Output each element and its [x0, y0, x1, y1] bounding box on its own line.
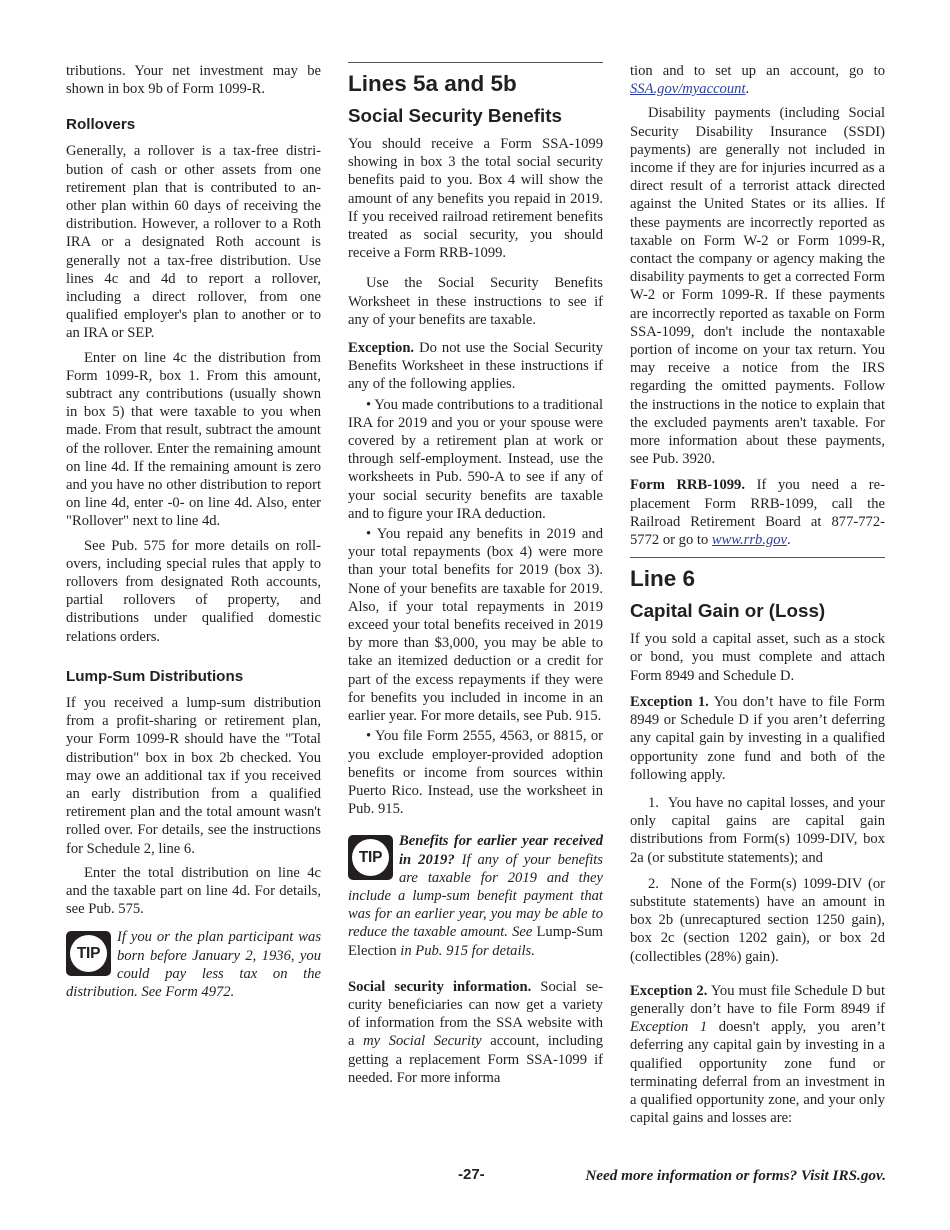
column-2: Lines 5a and 5b Social Security Benefits…: [348, 62, 603, 1093]
bullet-item: • You repaid any benefits in 2019 and yo…: [348, 525, 603, 725]
link-rrb-gov[interactable]: www.rrb.gov: [712, 532, 787, 548]
exception-1-item-1: 1. You have no capital losses, and your …: [630, 794, 885, 867]
paragraph-continuation: tributions. Your net investment may be s…: [66, 62, 321, 98]
exception-label: Exception.: [348, 340, 414, 356]
paragraph-disability: Disability payments (including Social Se…: [630, 104, 885, 468]
bullet-icon: •: [366, 526, 371, 542]
paragraph-exception: Exception. Do not use the Social Se­curi…: [348, 339, 603, 394]
paragraph-form-rrb: Form RRB-1099. If you need a re­placemen…: [630, 476, 885, 549]
paragraph-ss-1: You should receive a Form SSA-1099 showi…: [348, 135, 603, 262]
paragraph-ss-information: Social security information. Social se­c…: [348, 978, 603, 1087]
paragraph-line6-1: If you sold a capital asset, such as a s…: [630, 630, 885, 685]
footer-note: Need more information or forms? Visit IR…: [585, 1167, 886, 1185]
link-ssa-myaccount[interactable]: SSA.gov/myaccount: [630, 81, 746, 97]
tip-icon: TIP: [348, 835, 393, 880]
rrb-label: Form RRB-1099.: [630, 477, 745, 493]
page-number: -27-: [458, 1166, 485, 1183]
heading-rollovers: Rollovers: [66, 116, 321, 134]
exception-2-label: Exception 2.: [630, 983, 707, 999]
paragraph-lump-sum-2: Enter the total distribution on line 4c …: [66, 864, 321, 919]
paragraph-ss-2: Use the Social Security Benefits Workshe…: [348, 274, 603, 329]
section-title-line-6: Line 6: [630, 566, 885, 592]
paragraph-rollovers-1: Generally, a rollover is a tax-free dist…: [66, 142, 321, 342]
tip-box-lump-sum: TIP If you or the plan participant was b…: [66, 928, 321, 1001]
column-1: tributions. Your net investment may be s…: [66, 62, 321, 1007]
bullet-item: • You made contributions to a tradi­tion…: [348, 396, 603, 523]
exception-1-label: Exception 1.: [630, 694, 709, 710]
ss-info-label: Social security information.: [348, 979, 531, 995]
paragraph-rollovers-2: Enter on line 4c the distribution from F…: [66, 349, 321, 531]
section-divider: [630, 557, 885, 558]
paragraph-rollovers-3: See Pub. 575 for more details on roll­ov…: [66, 537, 321, 646]
section-subtitle-capital-gain: Capital Gain or (Loss): [630, 600, 885, 622]
exception-1-item-2: 2. None of the Form(s) 1099-DIV (or subs…: [630, 875, 885, 966]
section-title-lines-5a-5b: Lines 5a and 5b: [348, 71, 603, 97]
bullet-icon: •: [366, 397, 371, 413]
paragraph-lump-sum-1: If you received a lump-sum distribution …: [66, 694, 321, 858]
tip-icon: TIP: [66, 931, 111, 976]
heading-lump-sum: Lump-Sum Distributions: [66, 668, 321, 686]
bullet-item: • You file Form 2555, 4563, or 8815, or …: [348, 727, 603, 818]
paragraph-ssa-continuation: tion and to set up an account, go to SSA…: [630, 62, 885, 98]
paragraph-exception-1: Exception 1. You don’t have to file Form…: [630, 693, 885, 784]
section-subtitle-social-security: Social Security Benefits: [348, 105, 603, 127]
tip-box-earlier-year: TIP Benefits for earlier year re­ceived …: [348, 832, 603, 959]
bullet-icon: •: [366, 728, 371, 744]
paragraph-exception-2: Exception 2. You must file Schedule D bu…: [630, 982, 885, 1128]
section-divider: [348, 62, 603, 63]
column-3: tion and to set up an account, go to SSA…: [630, 62, 885, 1133]
